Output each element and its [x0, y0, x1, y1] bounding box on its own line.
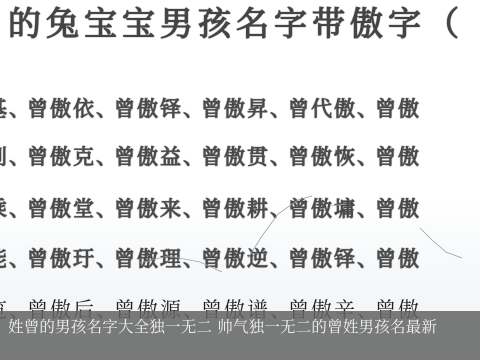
name-item: 曾傲堂 [27, 196, 96, 221]
separator: 、 [270, 95, 288, 123]
name-item: 曾傲耕 [201, 196, 270, 221]
name-item: 曾傲贯 [201, 144, 270, 169]
name-item: 曾傲 [375, 96, 421, 121]
name-item: 曾傲 [375, 196, 421, 221]
separator: 、 [9, 143, 27, 171]
name-item: 曾傲 [375, 246, 421, 271]
name-item: 列 [0, 144, 9, 169]
name-item: 基 [0, 96, 9, 121]
name-row-4: 能、曾傲玗、曾傲理、曾傲逆、曾傲铎、曾傲 [0, 245, 421, 273]
separator: 、 [9, 195, 27, 223]
page-title: 的兔宝宝男孩名字带傲字（ [8, 4, 464, 44]
separator: 、 [357, 95, 375, 123]
name-row-3: 乘、曾傲堂、曾傲来、曾傲耕、曾傲墉、曾傲 [0, 195, 421, 223]
separator: 、 [357, 245, 375, 273]
name-item: 曾傲逆 [201, 246, 270, 271]
separator: 、 [183, 95, 201, 123]
separator: 、 [96, 195, 114, 223]
separator: 、 [9, 245, 27, 273]
separator: 、 [270, 143, 288, 171]
separator: 、 [183, 195, 201, 223]
separator: 、 [270, 195, 288, 223]
name-item: 曾傲铎 [114, 96, 183, 121]
name-item: 曾傲墉 [288, 196, 357, 221]
name-item: 曾傲克 [27, 144, 96, 169]
name-item: 曾傲来 [114, 196, 183, 221]
name-item: 曾傲 [375, 144, 421, 169]
name-item: 能 [0, 246, 9, 271]
separator: 、 [183, 143, 201, 171]
name-item: 曾傲玗 [27, 246, 96, 271]
name-item: 曾傲恢 [288, 144, 357, 169]
name-item: 曾傲依 [27, 96, 96, 121]
caption-text: 姓曾的男孩名字大全独一无二 帅气独一无二的曾姓男孩名最新 [8, 316, 437, 338]
separator: 、 [9, 95, 27, 123]
name-item: 乘 [0, 196, 9, 221]
separator: 、 [96, 245, 114, 273]
name-item: 曾傲益 [114, 144, 183, 169]
separator: 、 [270, 245, 288, 273]
name-row-2: 列、曾傲克、曾傲益、曾傲贯、曾傲恢、曾傲 [0, 143, 421, 171]
separator: 、 [96, 143, 114, 171]
separator: 、 [96, 95, 114, 123]
name-item: 曾代傲 [288, 96, 357, 121]
name-item: 曾傲铎 [288, 246, 357, 271]
name-row-1: 基、曾傲依、曾傲铎、曾傲昇、曾代傲、曾傲 [0, 95, 421, 123]
name-item: 曾傲昇 [201, 96, 270, 121]
separator: 、 [357, 143, 375, 171]
separator: 、 [183, 245, 201, 273]
name-item: 曾傲理 [114, 246, 183, 271]
separator: 、 [357, 195, 375, 223]
